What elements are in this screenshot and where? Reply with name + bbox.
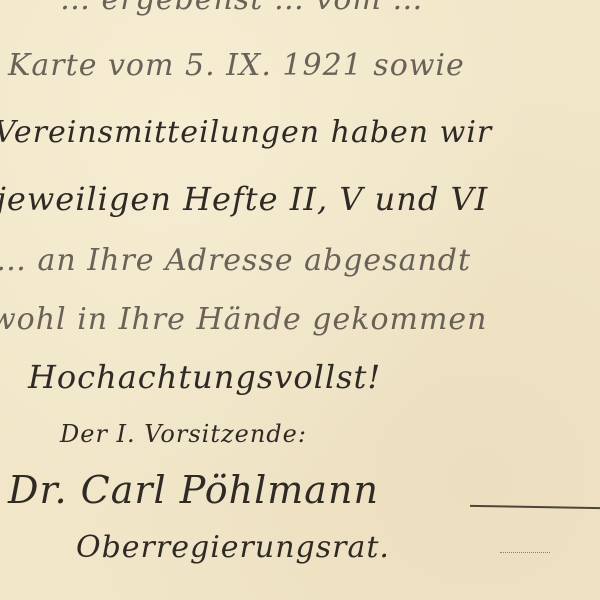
handwritten-line-4: jeweiligen Hefte II, V und VI (0, 180, 488, 218)
dotted-rule (500, 552, 550, 553)
handwritten-line-2: Karte vom 5. IX. 1921 sowie (8, 48, 465, 83)
signatory-rank: Oberregierungsrat. (76, 530, 390, 565)
handwritten-line-6: wohl in Ihre Hände gekommen (0, 302, 487, 337)
handwritten-line-1: … ergebenst … vom … (60, 0, 423, 17)
signatory-title: Der I. Vorsitzende: (60, 420, 307, 448)
closing-salutation: Hochachtungsvollst! (28, 358, 381, 396)
handwritten-line-5: … an Ihre Adresse abgesandt (0, 243, 471, 278)
handwritten-line-3: Vereinsmitteilungen haben wir (0, 115, 492, 150)
signature-name: Dr. Carl Pöhlmann (8, 468, 379, 512)
